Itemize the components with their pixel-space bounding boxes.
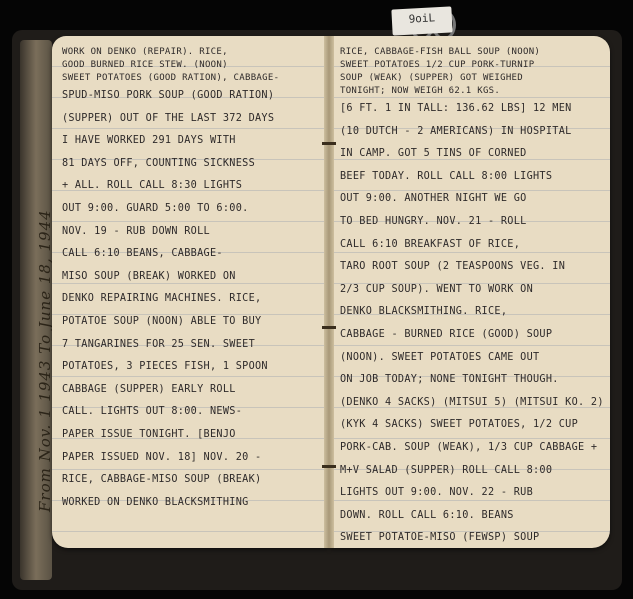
handwritten-line: on job today; none tonight though. xyxy=(340,369,602,392)
handwritten-line: Sweet Potatoe-Miso (Fewsp) Soup xyxy=(340,527,602,550)
handwritten-line: in camp. Got 5 tins of Corned xyxy=(340,143,602,166)
handwritten-line: Call 6:10 Beans, Cabbage- xyxy=(62,243,320,266)
handwritten-line: Nov. 19 - Rub Down Roll xyxy=(62,221,320,244)
handwritten-line: paper issue tonight. [Benjo xyxy=(62,424,320,447)
handwritten-line: (10 Dutch - 2 Americans) in Hospital xyxy=(340,121,602,144)
handwritten-line: Worked on Denko Blacksmithing xyxy=(62,492,320,515)
handwritten-line: (KYK 4 sacks) Sweet Potatoes, 1/2 cup xyxy=(340,414,602,437)
handwritten-line: good burned rice stew. (Noon) xyxy=(62,59,320,72)
handwritten-line: Beef today. Roll Call 8:00 Lights xyxy=(340,166,602,189)
handwritten-line: tonight; now weigh 62.1 kgs. xyxy=(340,85,602,98)
right-page: Rice, Cabbage-Fish Ball Soup (Noon)Sweet… xyxy=(330,36,610,548)
handwritten-line: Out 9:00. Guard 5:00 to 6:00. xyxy=(62,198,320,221)
right-page-text: Rice, Cabbage-Fish Ball Soup (Noon)Sweet… xyxy=(340,46,602,550)
binding-stitch xyxy=(322,142,336,145)
handwritten-line: to bed hungry. Nov. 21 - Roll xyxy=(340,211,602,234)
handwritten-line: Work on Denko (Repair). Rice, xyxy=(62,46,320,59)
handwritten-line: Taro Root Soup (2 teaspoons Veg. in xyxy=(340,256,602,279)
handwritten-line: Potatoes, 3 pieces fish, 1 spoon xyxy=(62,356,320,379)
handwritten-line: Rice, Cabbage-Miso Soup (Break) xyxy=(62,469,320,492)
handwritten-line: (Supper) Out of the last 372 days xyxy=(62,108,320,131)
handwritten-line: Potatoe Soup (Noon) Able to buy xyxy=(62,311,320,334)
handwritten-line: (Noon). Sweet Potatoes came out xyxy=(340,347,602,370)
handwritten-line: M+V Salad (Supper) Roll Call 8:00 xyxy=(340,460,602,483)
handwritten-line: [6 ft. 1 in tall: 136.62 lbs] 12 men xyxy=(340,98,602,121)
paper-tag: 9oiL xyxy=(391,6,452,35)
handwritten-line: Sweet potatoes (good ration), Cabbage- xyxy=(62,72,320,85)
handwritten-line: Sweet potatoes 1/2 cup Pork-Turnip xyxy=(340,59,602,72)
handwritten-line: Call 6:10 Breakfast of Rice, xyxy=(340,234,602,257)
binding-stitch xyxy=(322,465,336,468)
binding-stitch xyxy=(322,326,336,329)
handwritten-line: Denko Repairing Machines. Rice, xyxy=(62,288,320,311)
handwritten-line: Pork-Cab. Soup (Weak), 1/3 cup Cabbage + xyxy=(340,437,602,460)
handwritten-line: Miso Soup (Break) Worked on xyxy=(62,266,320,289)
handwritten-line: Lights Out 9:00. Nov. 22 - Rub xyxy=(340,482,602,505)
handwritten-line: I have worked 291 days with xyxy=(62,130,320,153)
handwritten-line: Cabbage - Burned Rice (good) Soup xyxy=(340,324,602,347)
handwritten-line: 7 tangarines for 25 sen. Sweet xyxy=(62,334,320,357)
handwritten-line: 2/3 cup soup). Went to work on xyxy=(340,279,602,302)
left-page-text: Work on Denko (Repair). Rice,good burned… xyxy=(62,46,320,514)
handwritten-line: 81 days off, counting sickness xyxy=(62,153,320,176)
left-page: Work on Denko (Repair). Rice,good burned… xyxy=(52,36,328,548)
handwritten-line: Out 9:00. Another night we go xyxy=(340,188,602,211)
handwritten-line: paper issued Nov. 18] Nov. 20 - xyxy=(62,447,320,470)
handwritten-line: Denko Blacksmithing. Rice, xyxy=(340,301,602,324)
handwritten-line: Spud-Miso Pork Soup (good ration) xyxy=(62,85,320,108)
handwritten-line: (Denko 4 sacks) (Mitsui 5) (Mitsui Ko. 2… xyxy=(340,392,602,415)
handwritten-line: + all. Roll Call 8:30 Lights xyxy=(62,175,320,198)
page-gutter xyxy=(324,36,334,548)
handwritten-line: Call. Lights Out 8:00. News- xyxy=(62,401,320,424)
handwritten-line: Soup (Weak) (Supper) Got weighed xyxy=(340,72,602,85)
handwritten-line: Down. Roll Call 6:10. Beans xyxy=(340,505,602,528)
handwritten-line: Rice, Cabbage-Fish Ball Soup (Noon) xyxy=(340,46,602,59)
handwritten-line: Cabbage (Supper) Early Roll xyxy=(62,379,320,402)
